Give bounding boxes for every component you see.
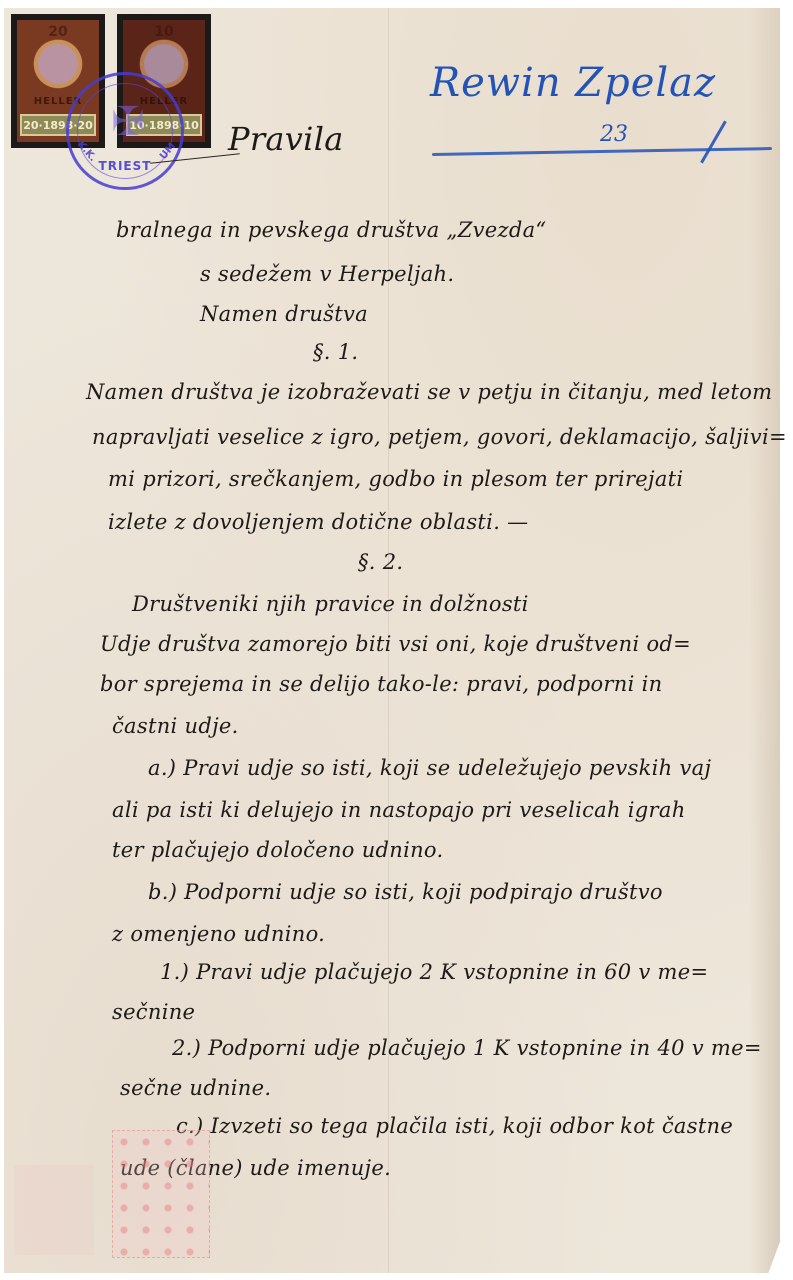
section-2-line: bor sprejema in se delijo tako-le: pravi… [100,672,662,696]
section-1-line: mi prizori, srečkanjem, godbo in plesom … [108,467,683,491]
item-a-line: a.) Pravi udje so isti, koji se udeležuj… [148,756,711,780]
section-2-line: Udje društva zamorejo biti vsi oni, koje… [100,632,691,656]
section-1-line: izlete z dovoljenjem dotične oblasti. — [108,510,528,534]
section-2-heading: Društveniki njih pravice in dolžnosti [132,592,529,616]
red-stamp-ghost [14,1165,94,1255]
item-a-line: ter plačujejo določeno udnino. [112,838,443,862]
section-mark-2: §. 2. [358,550,403,574]
stamp-top-value: 20 [17,24,99,40]
item-b-line: z omenjeno udnino. [112,922,325,946]
item-1-line: 1.) Pravi udje plačujejo 2 K vstopnine i… [160,960,708,984]
item-c-line: c.) Izvzeti so tega plačila isti, koji o… [176,1114,733,1138]
red-embossed-stamp [112,1130,210,1258]
blue-signature: Rewin Zpelaz [430,60,716,106]
section-2-line: častni udje. [112,714,239,738]
item-2-line: 2.) Podporni udje plačujejo 1 K vstopnin… [172,1036,762,1060]
item-1-line: sečnine [112,1000,195,1024]
header-society-name: bralnega in pevskega društva „Zvezda“ [116,218,546,242]
section-1-line: napravljati veselice z igro, petjem, gov… [92,425,787,449]
section-1-line: Namen društva je izobraževati se v petju… [86,380,772,404]
header-purpose: Namen društva [200,302,368,326]
signature-number: 23 [600,122,628,147]
double-eagle-icon: ✠ [103,97,153,147]
section-mark-1: §. 1. [313,340,358,364]
item-b-line: b.) Podporni udje so isti, koji podpiraj… [148,880,663,904]
item-a-line: ali pa isti ki delujejo in nastopajo pri… [112,798,686,822]
stamp-top-value: 10 [123,24,205,40]
document-title: Pravila [228,120,344,158]
item-2-line: sečne udnine. [120,1076,271,1100]
triest-seal: ✠ K.K. UM TRIEST [66,72,184,190]
header-seat: s sedežem v Herpeljah. [200,262,454,286]
